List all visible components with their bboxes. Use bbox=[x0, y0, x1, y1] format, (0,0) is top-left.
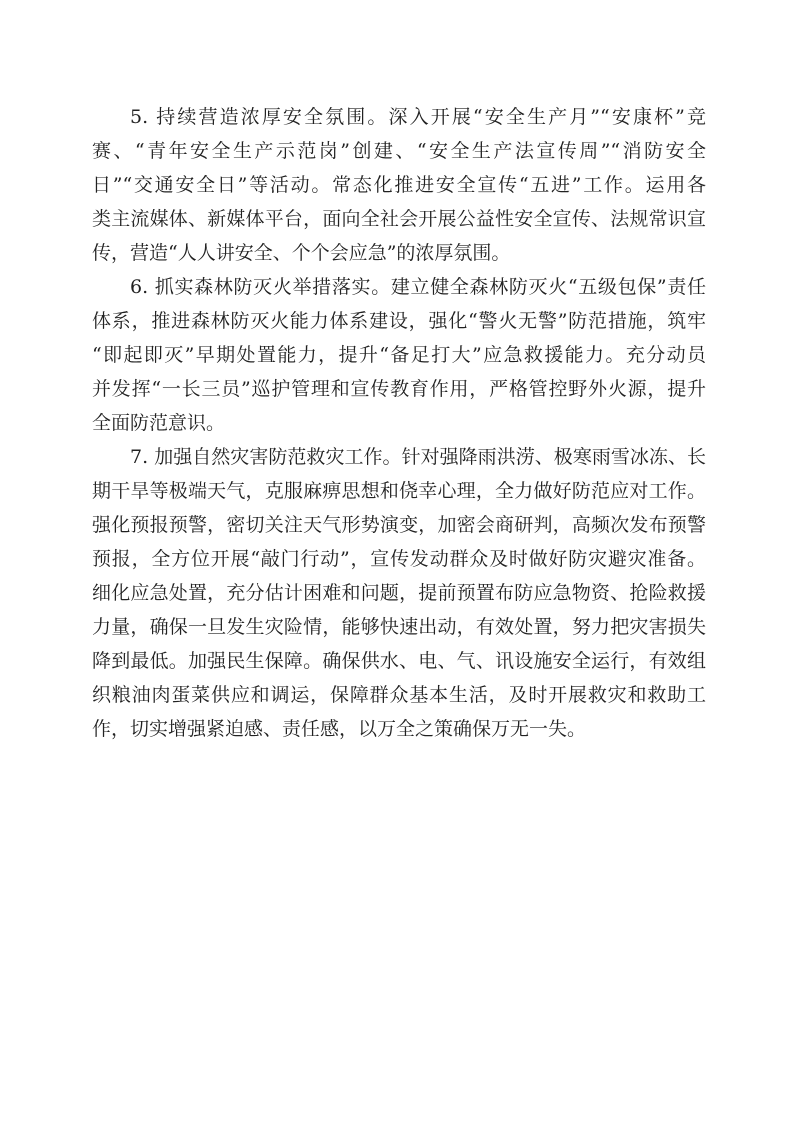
text-line: 类主流媒体、新媒体平台，面向全社会开展公益性安全宣传、法规常识宣 bbox=[92, 202, 706, 236]
text-line: 降到最低。加强民生保障。确保供水、电、气、讯设施安全运行，有效组 bbox=[92, 644, 706, 678]
text-line: 5. 持续营造浓厚安全氛围。深入开展“安全生产月”“安康杯”竞 bbox=[92, 100, 706, 134]
document-page: 5. 持续营造浓厚安全氛围。深入开展“安全生产月”“安康杯”竞赛、“青年安全生产… bbox=[0, 0, 793, 1122]
document-body: 5. 持续营造浓厚安全氛围。深入开展“安全生产月”“安康杯”竞赛、“青年安全生产… bbox=[92, 100, 706, 746]
paragraph: 7. 加强自然灾害防范救灾工作。针对强降雨洪涝、极寒雨雪冰冻、长期干旱等极端天气… bbox=[92, 440, 706, 746]
paragraph: 5. 持续营造浓厚安全氛围。深入开展“安全生产月”“安康杯”竞赛、“青年安全生产… bbox=[92, 100, 706, 270]
text-line: 强化预报预警，密切关注天气形势演变，加密会商研判，高频次发布预警 bbox=[92, 508, 706, 542]
text-line: 力量，确保一旦发生灾险情，能够快速出动，有效处置，努力把灾害损失 bbox=[92, 610, 706, 644]
text-line: 作，切实增强紧迫感、责任感，以万全之策确保万无一失。 bbox=[92, 712, 706, 746]
text-line: 织粮油肉蛋菜供应和调运，保障群众基本生活，及时开展救灾和救助工 bbox=[92, 678, 706, 712]
text-line: 赛、“青年安全生产示范岗”创建、“安全生产法宣传周”“消防安全 bbox=[92, 134, 706, 168]
text-line: 期干旱等极端天气，克服麻痹思想和侥幸心理，全力做好防范应对工作。 bbox=[92, 474, 706, 508]
text-line: 全面防范意识。 bbox=[92, 406, 706, 440]
text-line: 传，营造“人人讲安全、个个会应急”的浓厚氛围。 bbox=[92, 236, 706, 270]
text-line: 6. 抓实森林防灭火举措落实。建立健全森林防灭火“五级包保”责任 bbox=[92, 270, 706, 304]
text-line: 预报，全方位开展“敲门行动”，宣传发动群众及时做好防灾避灾准备。 bbox=[92, 542, 706, 576]
text-line: 细化应急处置，充分估计困难和问题，提前预置布防应急物资、抢险救援 bbox=[92, 576, 706, 610]
text-line: 体系，推进森林防灭火能力体系建设，强化“警火无警”防范措施，筑牢 bbox=[92, 304, 706, 338]
text-line: 7. 加强自然灾害防范救灾工作。针对强降雨洪涝、极寒雨雪冰冻、长 bbox=[92, 440, 706, 474]
text-line: “即起即灭”早期处置能力，提升“备足打大”应急救援能力。充分动员 bbox=[92, 338, 706, 372]
paragraph: 6. 抓实森林防灭火举措落实。建立健全森林防灭火“五级包保”责任体系，推进森林防… bbox=[92, 270, 706, 440]
text-line: 并发挥“一长三员”巡护管理和宣传教育作用，严格管控野外火源，提升 bbox=[92, 372, 706, 406]
text-line: 日”“交通安全日”等活动。常态化推进安全宣传“五进”工作。运用各 bbox=[92, 168, 706, 202]
